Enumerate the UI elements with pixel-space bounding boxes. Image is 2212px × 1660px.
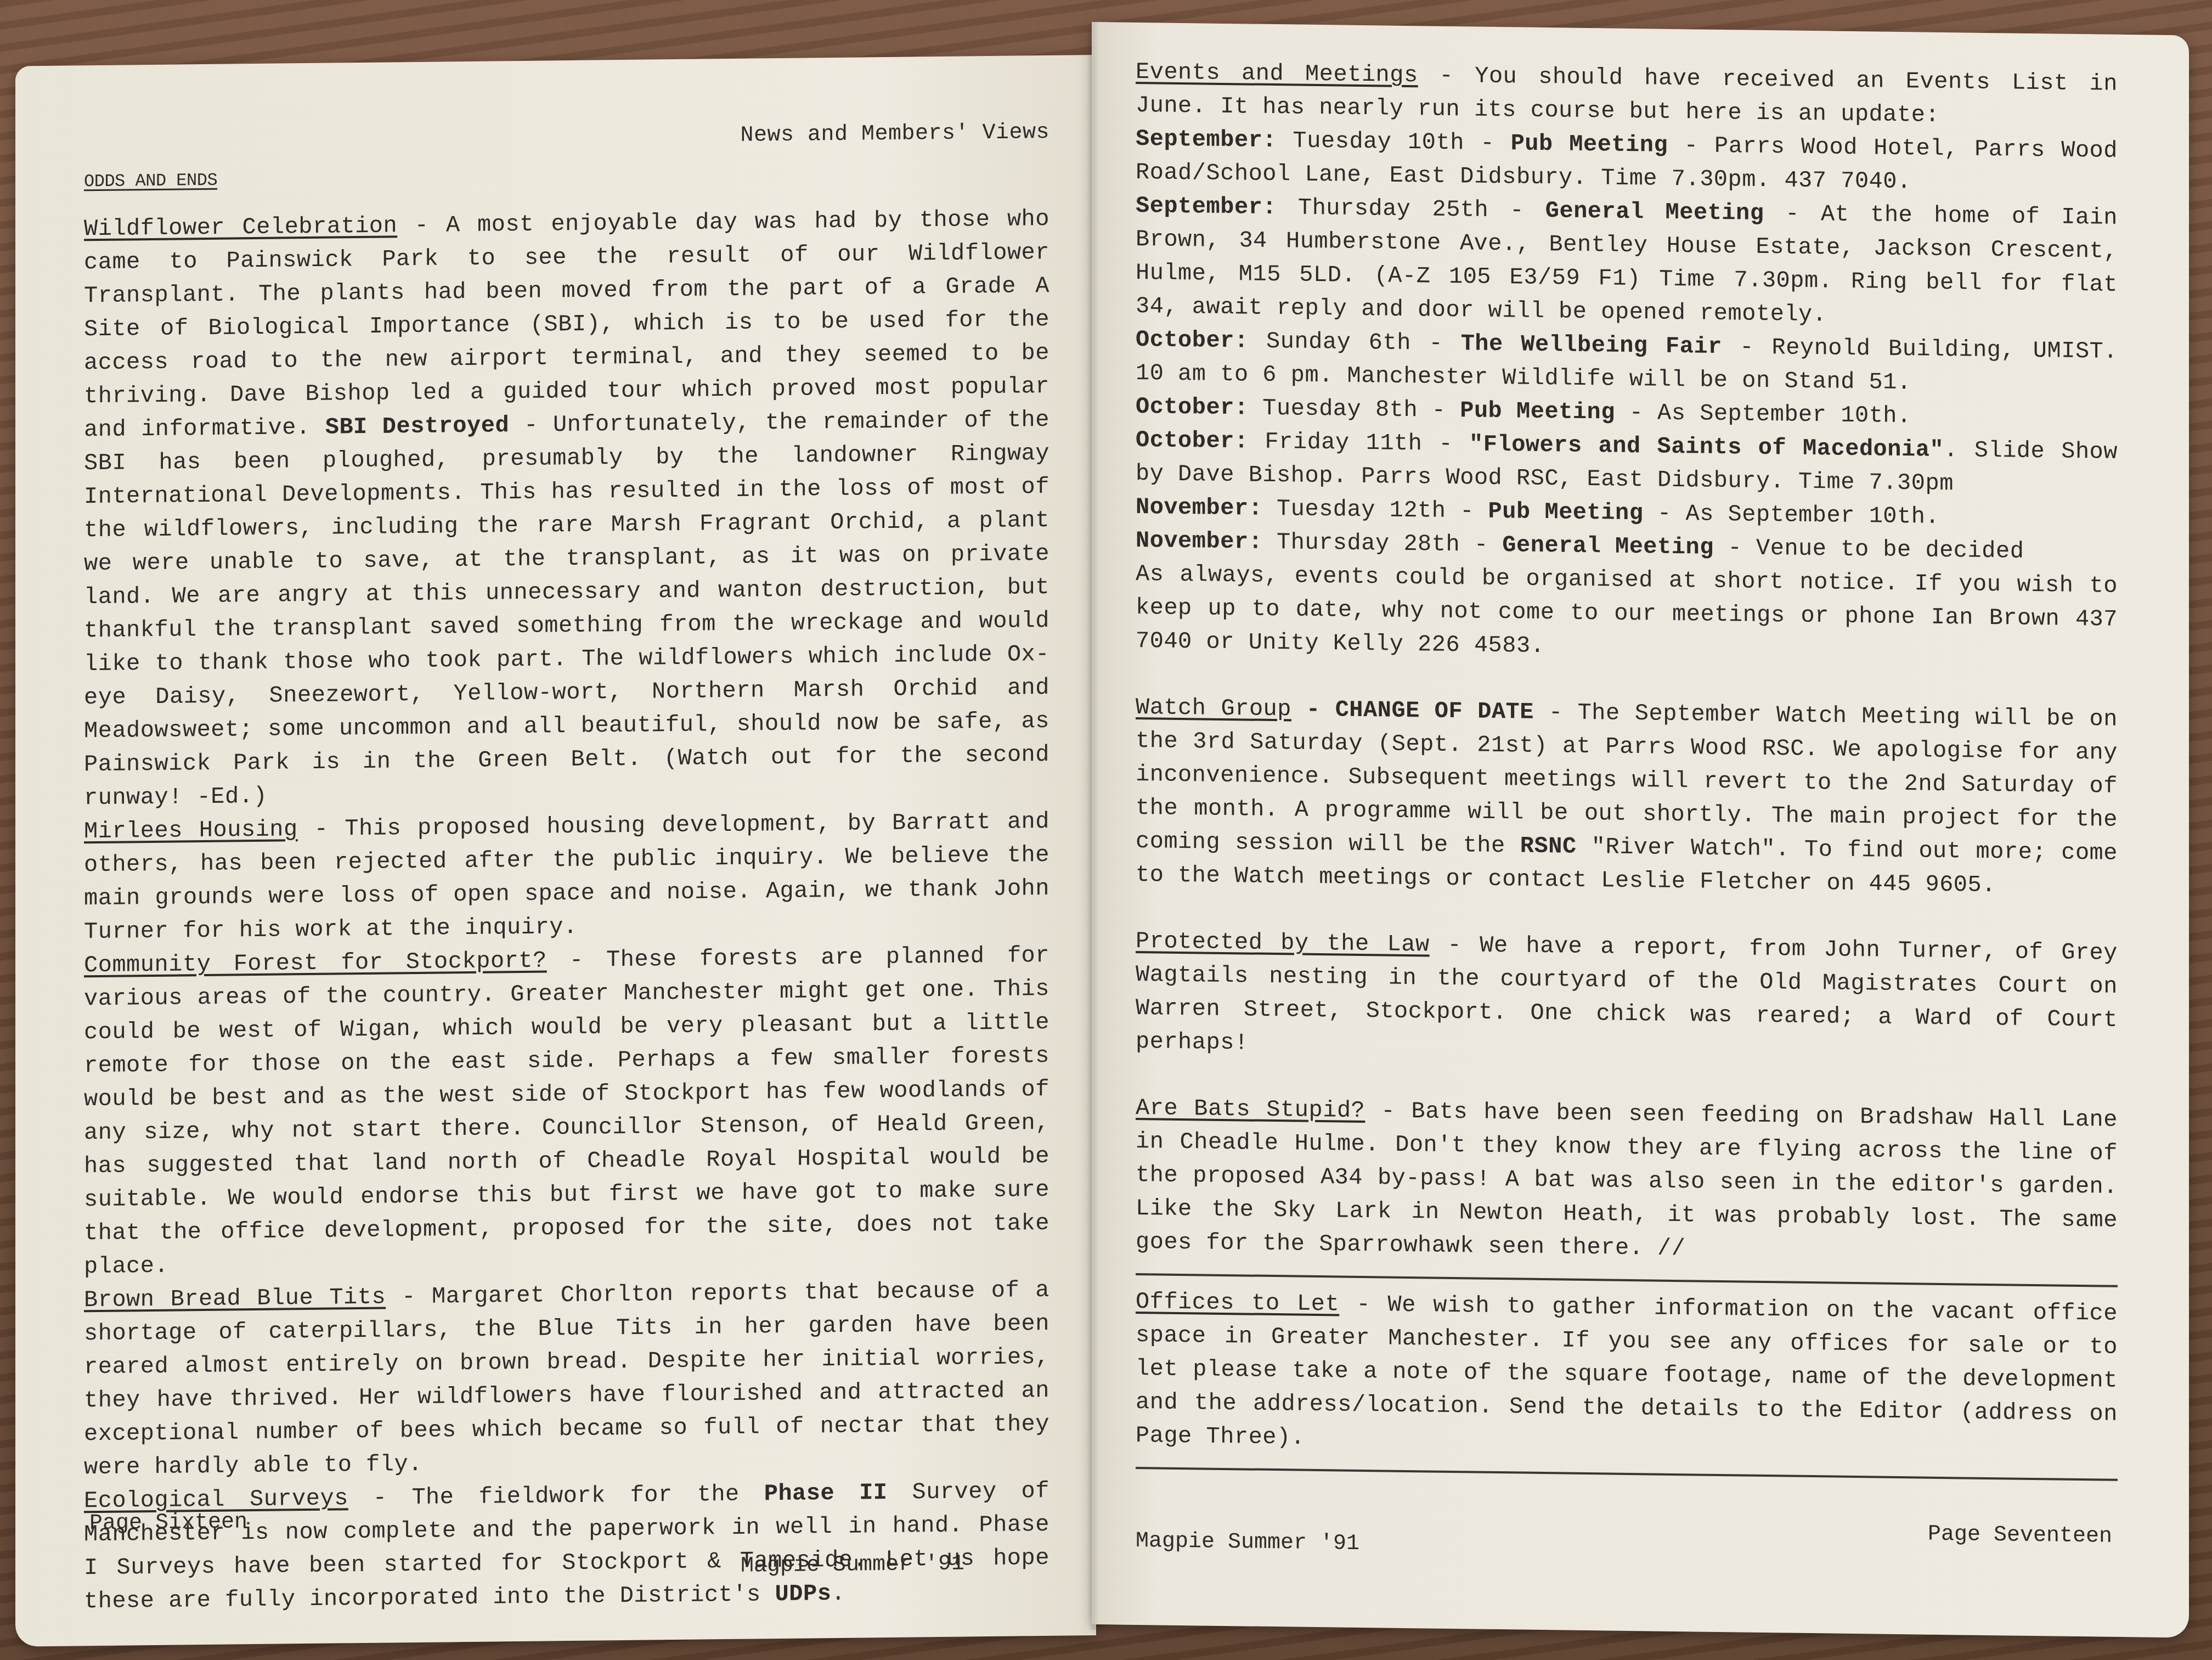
event-day: Thursday 28th - bbox=[1262, 529, 1502, 558]
event-details: - As September 10th. bbox=[1643, 500, 1939, 530]
article-heading: Are Bats Stupid? bbox=[1136, 1095, 1365, 1124]
article-bold-term: Phase II bbox=[764, 1479, 888, 1507]
newsletter-spread: News and Members' Views ODDS AND ENDS Wi… bbox=[15, 22, 2204, 1638]
event-title: Pub Meeting bbox=[1511, 130, 1668, 159]
event-title: The Wellbeing Fair bbox=[1461, 330, 1722, 360]
section-title: ODDS AND ENDS bbox=[84, 164, 217, 199]
article-ecological-surveys: Ecological Surveys - The fieldwork for t… bbox=[84, 1475, 1049, 1618]
event-item: September: Tuesday 10th - Pub Meeting - … bbox=[1136, 122, 2118, 201]
book-gutter bbox=[1088, 22, 1099, 1630]
article-heading: Community Forest for Stockport? bbox=[84, 947, 547, 978]
event-title: "Flowers and Saints of Macedonia" bbox=[1469, 431, 1944, 463]
article-heading: Wildflower Celebration bbox=[84, 212, 397, 242]
event-title: Pub Meeting bbox=[1460, 397, 1615, 425]
right-page-content: Events and Meetings - You should have re… bbox=[1136, 55, 2118, 1491]
divider-rule bbox=[1136, 1273, 2118, 1287]
article-text: - Unfortunately, the remainder of the SB… bbox=[84, 407, 1049, 811]
event-item: September: Thursday 25th - General Meeti… bbox=[1136, 189, 2118, 335]
article-heading: Brown Bread Blue Tits bbox=[84, 1284, 386, 1314]
article-wildflower-celebration: Wildflower Celebration - A most enjoyabl… bbox=[84, 202, 1049, 815]
events-closing: As always, events could be organised at … bbox=[1136, 558, 2118, 670]
page-number: Page Seventeen bbox=[1928, 1522, 2112, 1549]
issue-label: Magpie Summer '91 bbox=[741, 1552, 964, 1579]
article-bold-term: RSNC bbox=[1520, 833, 1577, 860]
event-day: Tuesday 10th - bbox=[1277, 127, 1511, 156]
event-title: Pub Meeting bbox=[1488, 498, 1644, 526]
change-of-date-notice: - CHANGE OF DATE bbox=[1291, 696, 1534, 725]
page-seventeen: Events and Meetings - You should have re… bbox=[1092, 22, 2189, 1638]
event-day: Tuesday 12th - bbox=[1262, 496, 1488, 525]
article-text: - The fieldwork for the bbox=[348, 1481, 764, 1511]
event-month: November: bbox=[1136, 527, 1262, 555]
event-day: Tuesday 8th - bbox=[1249, 395, 1460, 424]
event-item: October: Friday 11th - "Flowers and Sain… bbox=[1136, 424, 2118, 503]
event-month: October: bbox=[1136, 327, 1249, 354]
event-month: September: bbox=[1136, 193, 1277, 221]
page-sixteen: News and Members' Views ODDS AND ENDS Wi… bbox=[15, 55, 1096, 1647]
event-details: - As September 10th. bbox=[1615, 399, 1911, 430]
article-community-forest: Community Forest for Stockport? - These … bbox=[84, 939, 1049, 1284]
article-subheading: SBI Destroyed bbox=[325, 412, 510, 441]
divider-rule bbox=[1136, 1467, 2118, 1481]
article-text: - A most enjoyable day was had by those … bbox=[84, 206, 1049, 443]
event-month: October: bbox=[1136, 427, 1249, 455]
article-heading: Watch Group bbox=[1136, 694, 1291, 722]
event-item: October: Sunday 6th - The Wellbeing Fair… bbox=[1136, 323, 2118, 402]
event-title: General Meeting bbox=[1545, 198, 1764, 227]
article-heading: Events and Meetings bbox=[1136, 59, 1418, 88]
article-text: . bbox=[831, 1580, 845, 1607]
article-heading: Offices to Let bbox=[1136, 1288, 1339, 1318]
event-day: Thursday 25th - bbox=[1277, 194, 1545, 224]
events-intro: Events and Meetings - You should have re… bbox=[1136, 55, 2118, 134]
article-mirlees-housing: Mirlees Housing - This proposed housing … bbox=[84, 805, 1049, 949]
events-and-meetings: Events and Meetings - You should have re… bbox=[1136, 55, 2118, 670]
event-month: November: bbox=[1136, 494, 1262, 522]
event-title: General Meeting bbox=[1502, 532, 1714, 561]
article-are-bats-stupid: Are Bats Stupid? - Bats have been seen f… bbox=[1136, 1091, 2118, 1271]
article-offices-to-let: Offices to Let - We wish to gather infor… bbox=[1136, 1285, 2118, 1465]
running-head: News and Members' Views bbox=[84, 116, 1049, 159]
article-heading: Protected by the Law bbox=[1136, 928, 1430, 958]
article-protected-by-the-law: Protected by the Law - We have a report,… bbox=[1136, 925, 2118, 1071]
left-page-content: News and Members' Views ODDS AND ENDS Wi… bbox=[84, 116, 1049, 1618]
event-details: - Venue to be decided bbox=[1714, 534, 2024, 565]
event-day: Friday 11th - bbox=[1249, 428, 1469, 457]
article-brown-bread-blue-tits: Brown Bread Blue Tits - Margaret Chorlto… bbox=[84, 1274, 1049, 1484]
event-day: Sunday 6th - bbox=[1249, 328, 1461, 357]
article-bold-term: UDPs bbox=[775, 1580, 832, 1607]
article-heading: Mirlees Housing bbox=[84, 816, 298, 845]
page-number: Page Sixteen bbox=[89, 1510, 247, 1536]
article-text: - These forests are planned for various … bbox=[84, 942, 1049, 1280]
issue-label: Magpie Summer '91 bbox=[1136, 1529, 1359, 1556]
event-month: October: bbox=[1136, 393, 1249, 421]
event-month: September: bbox=[1136, 126, 1277, 154]
article-watch-group: Watch Group - CHANGE OF DATE - The Septe… bbox=[1136, 691, 2118, 904]
event-list: September: Tuesday 10th - Pub Meeting - … bbox=[1136, 122, 2118, 570]
